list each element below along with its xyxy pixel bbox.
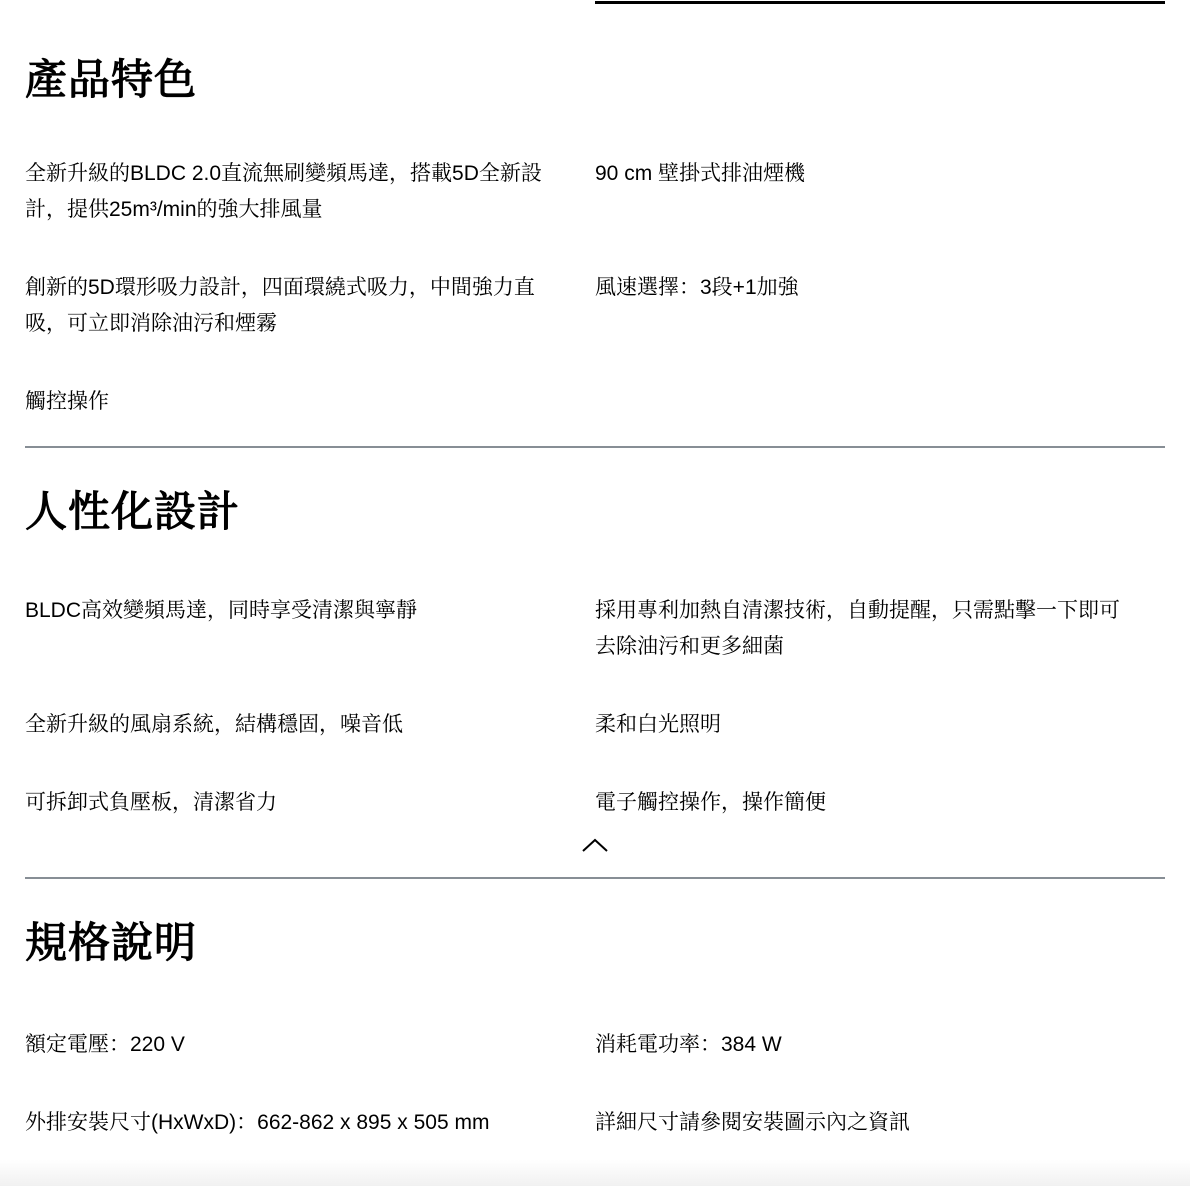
spec-paragraph: 消耗電功率：384 W [595, 1027, 1130, 1063]
next-section-shadow [0, 1160, 1190, 1186]
design-paragraph: 採用專利加熱自清潔技術，自動提醒，只需點擊一下即可去除油污和更多細菌 [595, 593, 1130, 665]
section-divider [25, 446, 1165, 448]
design-text: 電子觸控操作，操作簡便 [595, 785, 1165, 821]
design-grid: BLDC高效變頻馬達，同時享受清潔與寧靜 採用專利加熱自清潔技術，自動提醒，只需… [25, 593, 1165, 821]
spec-text: 詳細尺寸請參閱安裝圖示內之資訊 [595, 1105, 1165, 1141]
feature-paragraph: 風速選擇：3段+1加強 [595, 270, 1130, 306]
spec-paragraph: 外排安裝尺寸(HxWxD)：662-862 x 895 x 505 mm [25, 1105, 560, 1141]
feature-paragraph: 創新的5D環形吸力設計，四面環繞式吸力，中間強力直吸，可立即消除油污和煙霧 [25, 270, 560, 342]
design-paragraph: 柔和白光照明 [595, 707, 1130, 743]
section-title-design: 人性化設計 [25, 488, 1165, 536]
design-paragraph: 電子觸控操作，操作簡便 [595, 785, 1130, 821]
design-text: 柔和白光照明 [595, 707, 1165, 743]
spec-paragraph: 詳細尺寸請參閱安裝圖示內之資訊 [595, 1105, 1130, 1141]
section-specs: 規格說明 額定電壓：220 V 消耗電功率：384 W 外排安裝尺寸(HxWxD… [25, 919, 1165, 1141]
active-tab-indicator-rule [595, 1, 1165, 4]
product-detail-content: 產品特色 全新升級的BLDC 2.0直流無刷變頻馬達，搭載5D全新設計，提供25… [0, 56, 1190, 1141]
feature-text: 風速選擇：3段+1加強 [595, 270, 1165, 306]
feature-text: 創新的5D環形吸力設計，四面環繞式吸力，中間強力直吸，可立即消除油污和煙霧 [25, 270, 595, 342]
feature-text: 90 cm 壁掛式排油煙機 [595, 156, 1165, 192]
design-text: BLDC高效變頻馬達，同時享受清潔與寧靜 [25, 593, 595, 629]
collapse-row [25, 837, 1165, 853]
section-design: 人性化設計 BLDC高效變頻馬達，同時享受清潔與寧靜 採用專利加熱自清潔技術，自… [25, 488, 1165, 852]
feature-text: 觸控操作 [25, 384, 595, 420]
section-title-features: 產品特色 [25, 56, 1165, 104]
design-text: 採用專利加熱自清潔技術，自動提醒，只需點擊一下即可去除油污和更多細菌 [595, 593, 1165, 665]
spec-text: 消耗電功率：384 W [595, 1027, 1165, 1063]
feature-paragraph: 90 cm 壁掛式排油煙機 [595, 156, 1130, 192]
chevron-up-icon [580, 837, 610, 853]
design-paragraph: BLDC高效變頻馬達，同時享受清潔與寧靜 [25, 593, 560, 629]
design-paragraph: 全新升級的風扇系統，結構穩固，噪音低 [25, 707, 560, 743]
feature-paragraph: 觸控操作 [25, 384, 560, 420]
section-divider [25, 877, 1165, 879]
feature-paragraph: 全新升級的BLDC 2.0直流無刷變頻馬達，搭載5D全新設計，提供25m³/mi… [25, 156, 560, 228]
spec-paragraph: 額定電壓：220 V [25, 1027, 560, 1063]
section-features: 產品特色 全新升級的BLDC 2.0直流無刷變頻馬達，搭載5D全新設計，提供25… [25, 56, 1165, 420]
design-text: 全新升級的風扇系統，結構穩固，噪音低 [25, 707, 595, 743]
spec-text: 額定電壓：220 V [25, 1027, 595, 1063]
feature-text: 全新升級的BLDC 2.0直流無刷變頻馬達，搭載5D全新設計，提供25m³/mi… [25, 156, 595, 228]
features-grid: 全新升級的BLDC 2.0直流無刷變頻馬達，搭載5D全新設計，提供25m³/mi… [25, 156, 1165, 420]
design-text: 可拆卸式負壓板，清潔省力 [25, 785, 595, 821]
section-title-specs: 規格說明 [25, 919, 1165, 967]
collapse-section-button[interactable] [580, 837, 610, 853]
design-paragraph: 可拆卸式負壓板，清潔省力 [25, 785, 560, 821]
spec-text: 外排安裝尺寸(HxWxD)：662-862 x 895 x 505 mm [25, 1105, 595, 1141]
specs-grid: 額定電壓：220 V 消耗電功率：384 W 外排安裝尺寸(HxWxD)：662… [25, 1027, 1165, 1141]
